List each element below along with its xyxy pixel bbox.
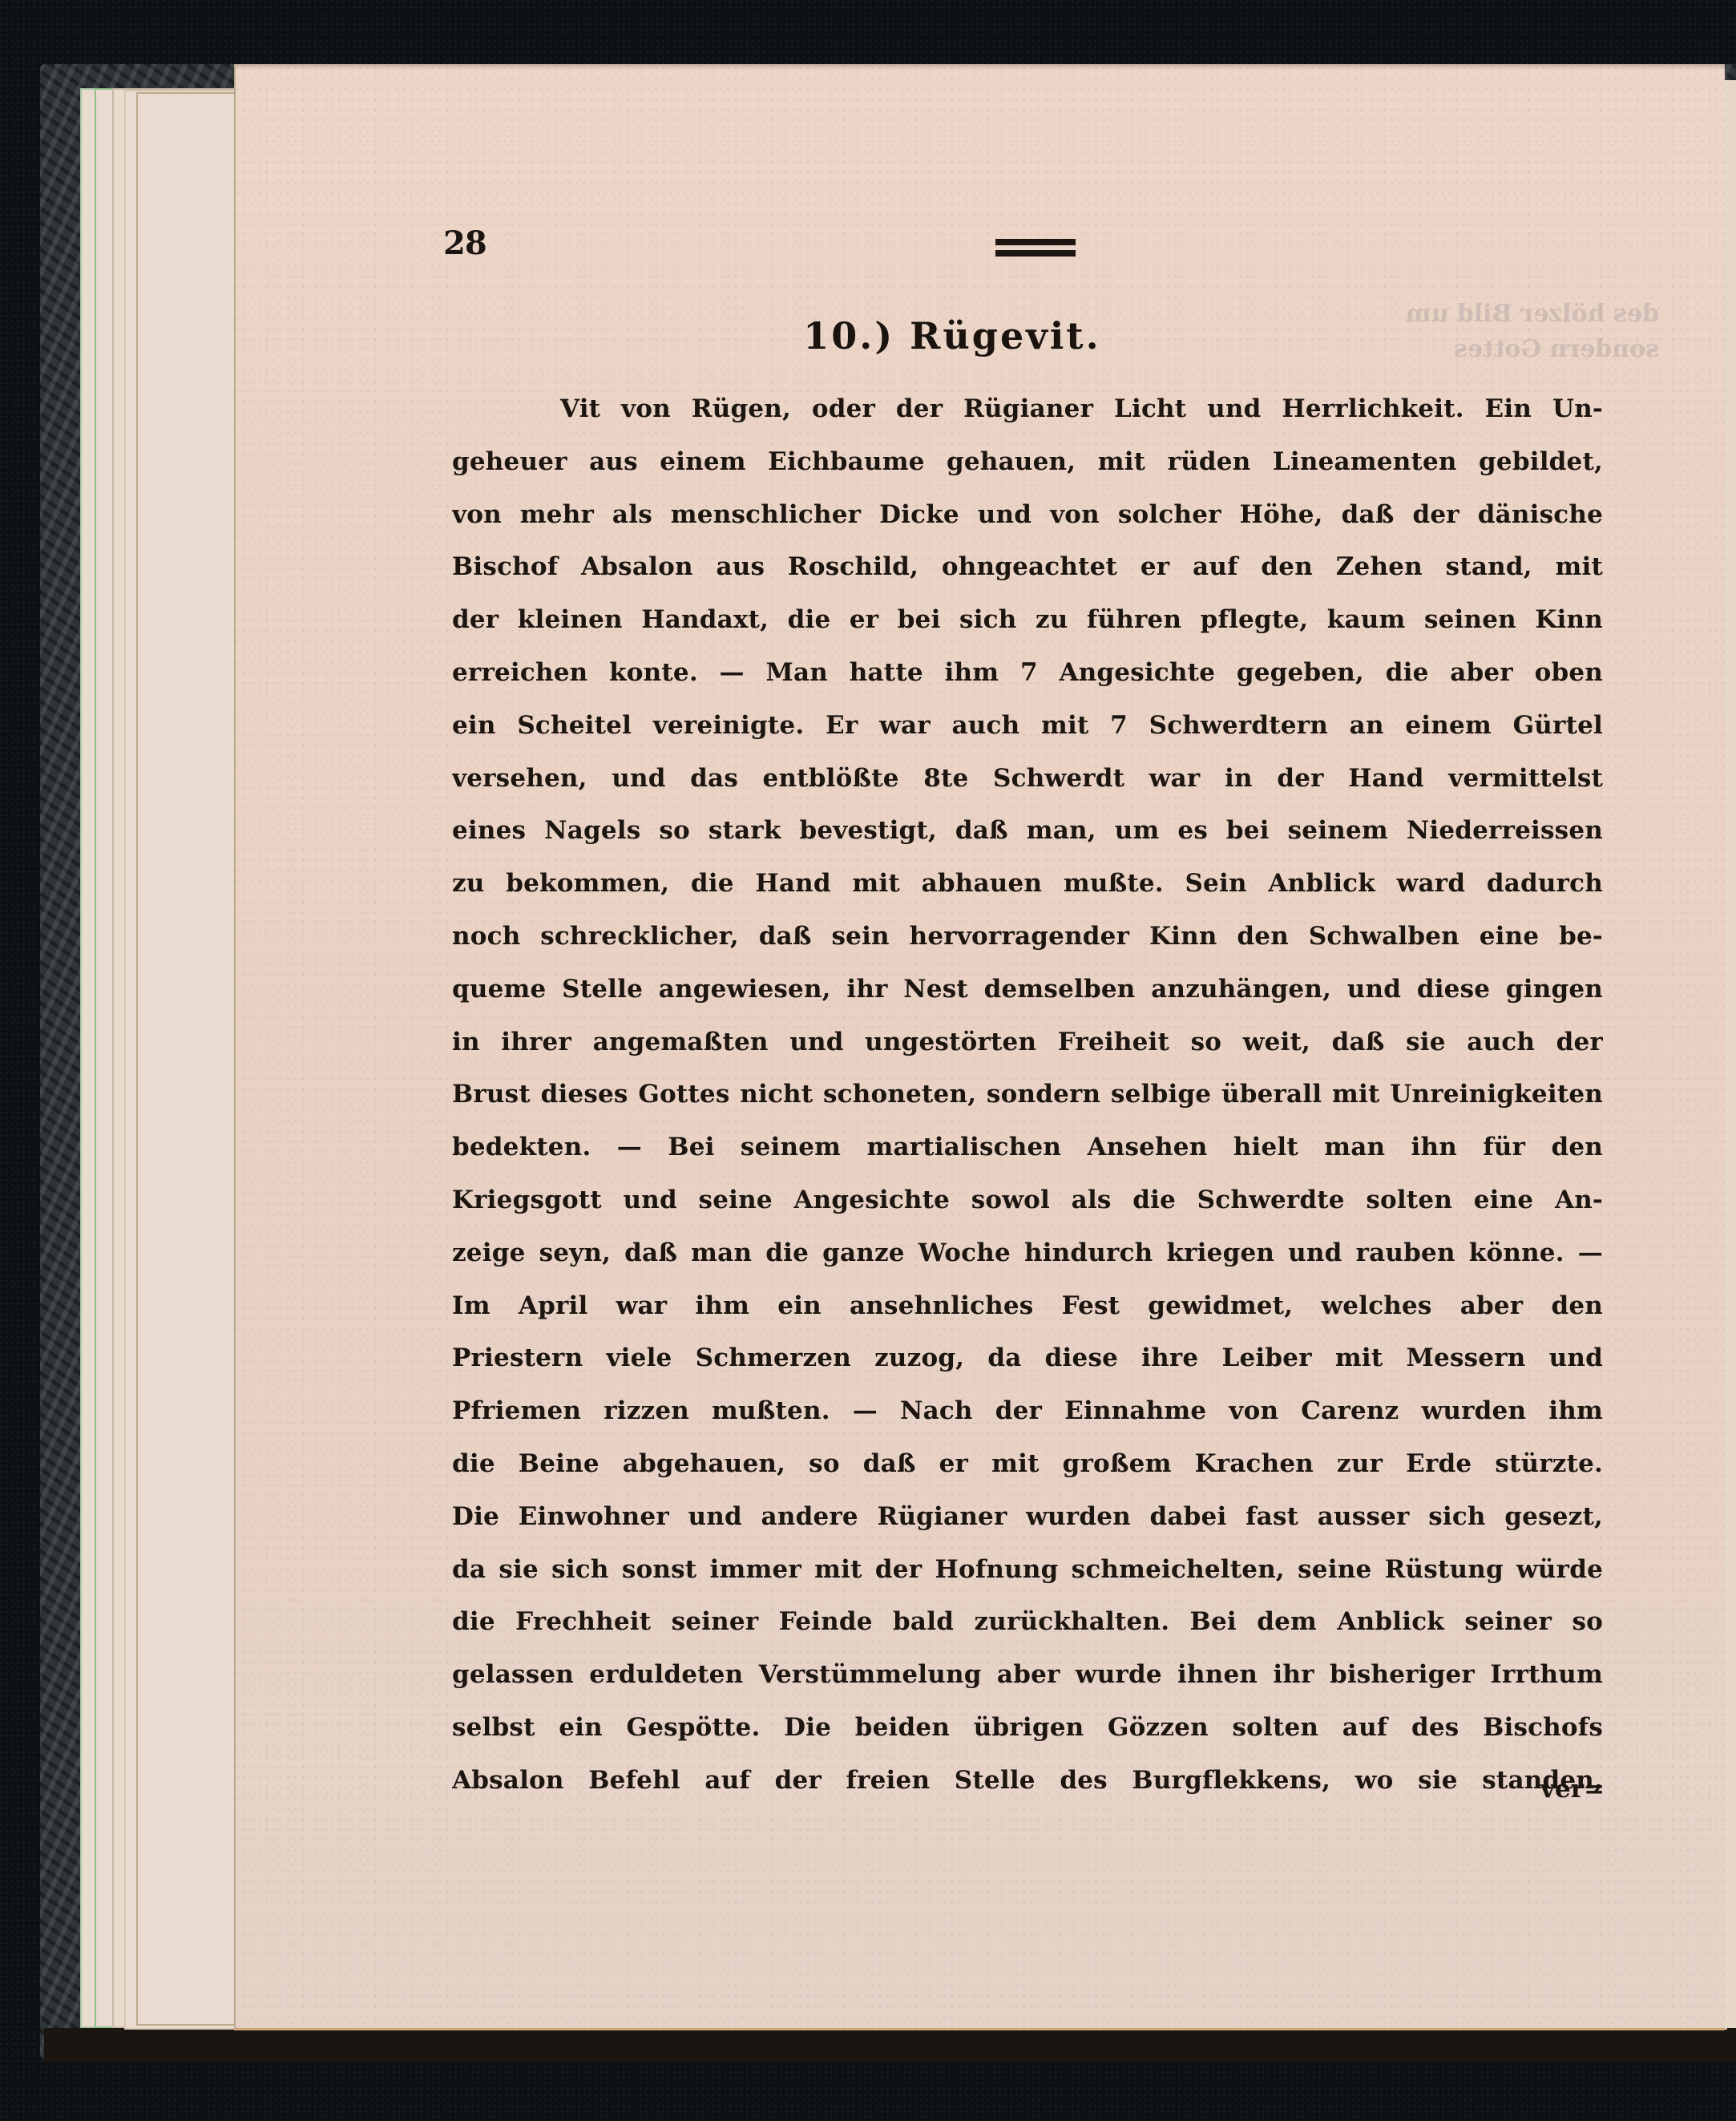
rule-bar	[995, 239, 1076, 245]
text-line: ein Scheitel vereinigte. Er war auch mit…	[452, 700, 1603, 753]
text-line: eines Nagels so stark bevestigt, daß man…	[452, 805, 1603, 858]
page-number: 28	[443, 224, 486, 262]
text-line: in ihrer angemaßten und ungestörten Frei…	[452, 1016, 1603, 1069]
text-line: zeige seyn, daß man die ganze Woche hind…	[452, 1227, 1603, 1280]
text-line: Kriegsgott und seine Angesichte sowol al…	[452, 1174, 1603, 1227]
rule-bar	[995, 250, 1076, 257]
ornament-rule-icon	[995, 239, 1076, 258]
text-line: Pfriemen rizzen mußten. — Nach der Einna…	[452, 1385, 1603, 1438]
text-line: Absalon Befehl auf der freien Stelle des…	[452, 1755, 1603, 1808]
text-line: gelassen erduldeten Verstümmelung aber w…	[452, 1649, 1603, 1702]
text-line: bedekten. — Bei seinem martialischen Ans…	[452, 1121, 1603, 1174]
text-line: Vit von Rügen, oder der Rügianer Licht u…	[452, 383, 1603, 436]
text-line: die Frechheit seiner Feinde bald zurückh…	[452, 1596, 1603, 1649]
text-line: noch schrecklicher, daß sein hervorragen…	[452, 911, 1603, 964]
section-heading: 10.) Rügevit.	[0, 314, 1736, 358]
text-line: Priestern viele Schmerzen zuzog, da dies…	[452, 1332, 1603, 1385]
text-line: Die Einwohner und andere Rügianer wurden…	[452, 1491, 1603, 1544]
catchword: ver=	[1540, 1775, 1605, 1804]
text-line: der kleinen Handaxt, die er bei sich zu …	[452, 594, 1603, 647]
text-line: von mehr als menschlicher Dicke und von …	[452, 489, 1603, 542]
text-line: die Beine abgehauen, so daß er mit große…	[452, 1438, 1603, 1491]
text-line: queme Stelle angewiesen, ihr Nest demsel…	[452, 964, 1603, 1016]
text-line: geheuer aus einem Eichbaume gehauen, mit…	[452, 436, 1603, 489]
text-line: erreichen konte. — Man hatte ihm 7 Anges…	[452, 647, 1603, 700]
body-text: Vit von Rügen, oder der Rügianer Licht u…	[452, 383, 1603, 1808]
text-line: Im April war ihm ein ansehnliches Fest g…	[452, 1280, 1603, 1333]
text-line: Brust dieses Gottes nicht schoneten, son…	[452, 1069, 1603, 1121]
text-line: selbst ein Gespötte. Die beiden übrigen …	[452, 1702, 1603, 1755]
text-line: da sie sich sonst immer mit der Hofnung …	[452, 1544, 1603, 1597]
cover-edge	[44, 2028, 1736, 2062]
text-line: zu bekommen, die Hand mit abhauen mußte.…	[452, 858, 1603, 911]
text-line: versehen, und das entblößte 8te Schwerdt…	[452, 753, 1603, 806]
text-line: Bischof Absalon aus Roschild, ohngeachte…	[452, 541, 1603, 594]
facing-page-edge	[1723, 80, 1736, 2028]
